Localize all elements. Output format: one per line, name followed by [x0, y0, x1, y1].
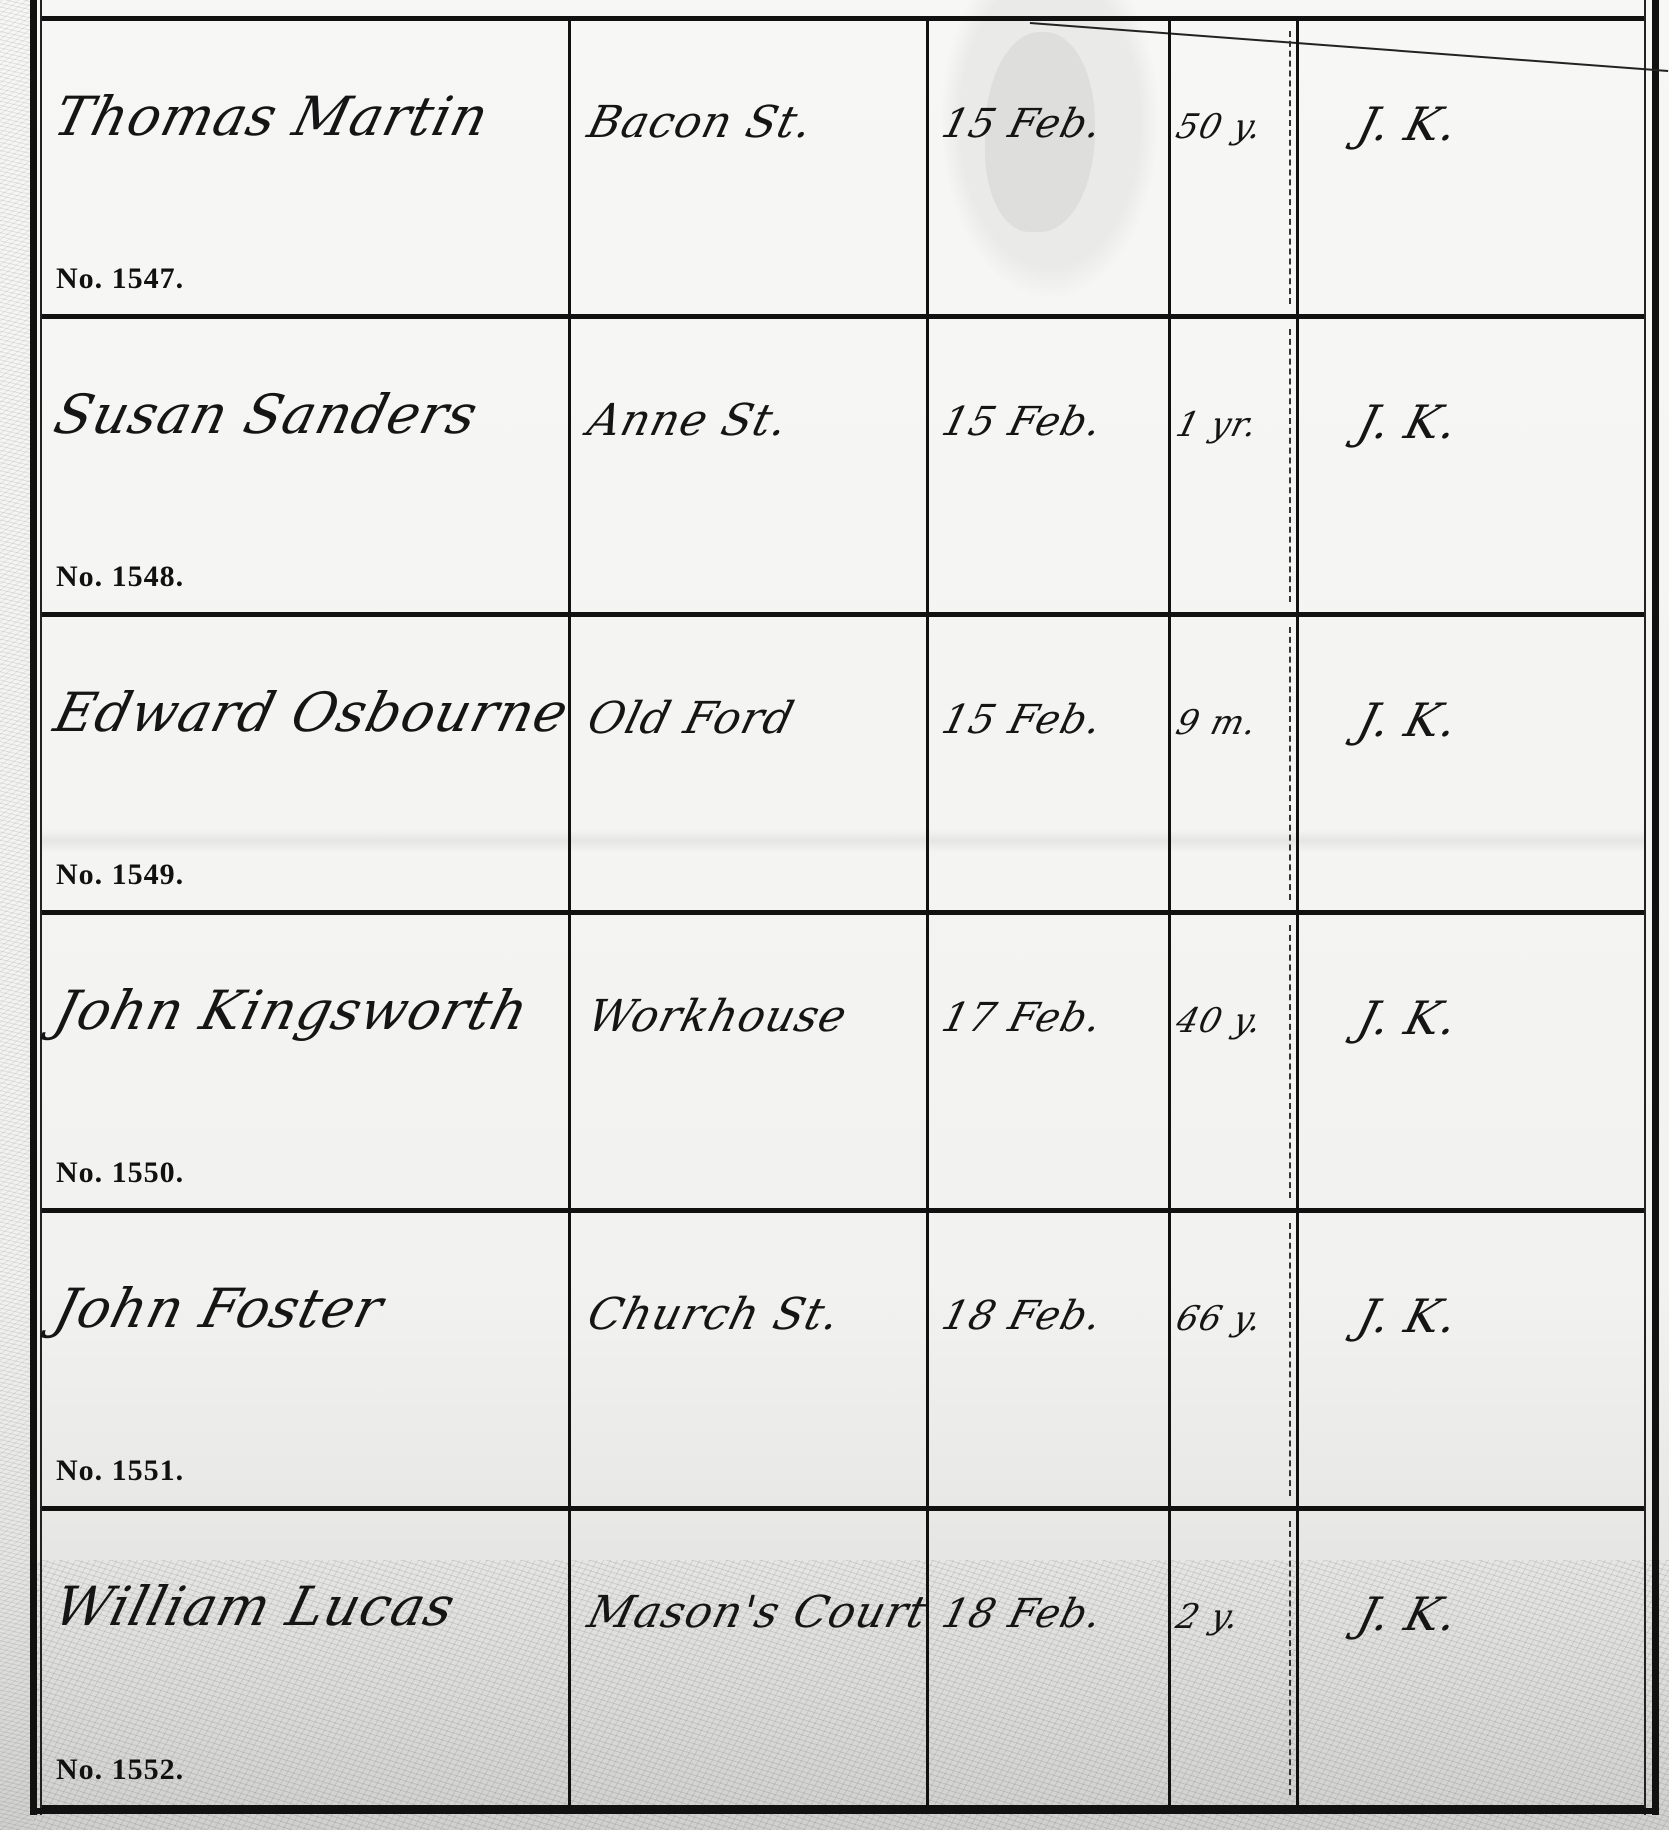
deceased-name: John Foster — [48, 1277, 390, 1340]
abode-cell: Old Ford — [568, 617, 926, 910]
entry-number: No. 1549. — [56, 858, 184, 892]
officiant-cell: J. K. — [1296, 1511, 1644, 1805]
scanned-page: Thomas Martin No. 1547. Bacon St. 15 Feb… — [0, 0, 1669, 1830]
burial-date-cell: 15 Feb. — [926, 21, 1168, 314]
abode: Bacon St. — [583, 97, 819, 148]
frame-rule-right — [1652, 0, 1659, 1815]
name-cell: John Foster No. 1551. — [42, 1213, 568, 1506]
burial-date-cell: 18 Feb. — [926, 1213, 1168, 1506]
burial-date: 15 Feb. — [937, 101, 1107, 147]
officiant-initials: J. K. — [1352, 1289, 1464, 1343]
abode: Old Ford — [583, 693, 800, 744]
age: 2 y. — [1172, 1597, 1244, 1637]
age-cell: 1 yr. — [1168, 319, 1296, 612]
register-entry: Susan Sanders No. 1548. Anne St. 15 Feb.… — [42, 314, 1644, 612]
age: 40 y. — [1172, 1001, 1267, 1041]
age-cell: 40 y. — [1168, 915, 1296, 1208]
officiant-cell: J. K. — [1296, 21, 1644, 314]
age-cell: 50 y. — [1168, 21, 1296, 314]
age-cell: 9 m. — [1168, 617, 1296, 910]
burial-register-table: Thomas Martin No. 1547. Bacon St. 15 Feb… — [42, 16, 1644, 1810]
entry-number: No. 1550. — [56, 1156, 184, 1190]
name-cell: Thomas Martin No. 1547. — [42, 21, 568, 314]
age: 66 y. — [1172, 1299, 1267, 1339]
abode: Anne St. — [583, 395, 794, 446]
officiant-initials: J. K. — [1352, 97, 1464, 151]
officiant-initials: J. K. — [1352, 991, 1464, 1045]
entry-number: No. 1548. — [56, 560, 184, 594]
age: 1 yr. — [1172, 405, 1262, 445]
age: 9 m. — [1172, 703, 1261, 743]
burial-date: 17 Feb. — [937, 995, 1107, 1041]
age-cell: 66 y. — [1168, 1213, 1296, 1506]
register-entry: Thomas Martin No. 1547. Bacon St. 15 Feb… — [42, 16, 1644, 314]
age-cell: 2 y. — [1168, 1511, 1296, 1805]
officiant-initials: J. K. — [1352, 693, 1464, 747]
officiant-cell: J. K. — [1296, 1213, 1644, 1506]
burial-date: 15 Feb. — [937, 399, 1107, 445]
name-cell: John Kingsworth No. 1550. — [42, 915, 568, 1208]
abode-cell: Mason's Court — [568, 1511, 926, 1805]
register-entry: John Foster No. 1551. Church St. 18 Feb.… — [42, 1208, 1644, 1506]
deceased-name: Edward Osbourne — [48, 681, 575, 744]
abode-cell: Workhouse — [568, 915, 926, 1208]
register-entry: Edward Osbourne No. 1549. Old Ford 15 Fe… — [42, 612, 1644, 910]
name-cell: William Lucas No. 1552. — [42, 1511, 568, 1805]
entry-number: No. 1551. — [56, 1454, 184, 1488]
deceased-name: Thomas Martin — [48, 85, 495, 148]
entry-number: No. 1547. — [56, 262, 184, 296]
frame-rule-left — [30, 0, 37, 1815]
scan-noise-left — [0, 0, 34, 1830]
abode: Workhouse — [583, 991, 853, 1042]
abode: Mason's Court — [583, 1587, 933, 1638]
officiant-initials: J. K. — [1352, 1587, 1464, 1641]
burial-date-cell: 18 Feb. — [926, 1511, 1168, 1805]
officiant-cell: J. K. — [1296, 319, 1644, 612]
officiant-cell: J. K. — [1296, 915, 1644, 1208]
burial-date-cell: 15 Feb. — [926, 617, 1168, 910]
deceased-name: John Kingsworth — [48, 979, 535, 1042]
name-cell: Susan Sanders No. 1548. — [42, 319, 568, 612]
age: 50 y. — [1172, 107, 1267, 147]
abode-cell: Bacon St. — [568, 21, 926, 314]
register-entry: John Kingsworth No. 1550. Workhouse 17 F… — [42, 910, 1644, 1208]
burial-date: 18 Feb. — [937, 1591, 1107, 1637]
deceased-name: Susan Sanders — [48, 383, 484, 446]
deceased-name: William Lucas — [48, 1575, 462, 1638]
burial-date: 18 Feb. — [937, 1293, 1107, 1339]
name-cell: Edward Osbourne No. 1549. — [42, 617, 568, 910]
frame-rule-right-inner — [1644, 0, 1646, 1815]
abode: Church St. — [583, 1289, 846, 1340]
officiant-cell: J. K. — [1296, 617, 1644, 910]
burial-date: 15 Feb. — [937, 697, 1107, 743]
abode-cell: Anne St. — [568, 319, 926, 612]
entry-number: No. 1552. — [56, 1753, 184, 1787]
officiant-initials: J. K. — [1352, 395, 1464, 449]
burial-date-cell: 15 Feb. — [926, 319, 1168, 612]
abode-cell: Church St. — [568, 1213, 926, 1506]
burial-date-cell: 17 Feb. — [926, 915, 1168, 1208]
register-entry: William Lucas No. 1552. Mason's Court 18… — [42, 1506, 1644, 1810]
